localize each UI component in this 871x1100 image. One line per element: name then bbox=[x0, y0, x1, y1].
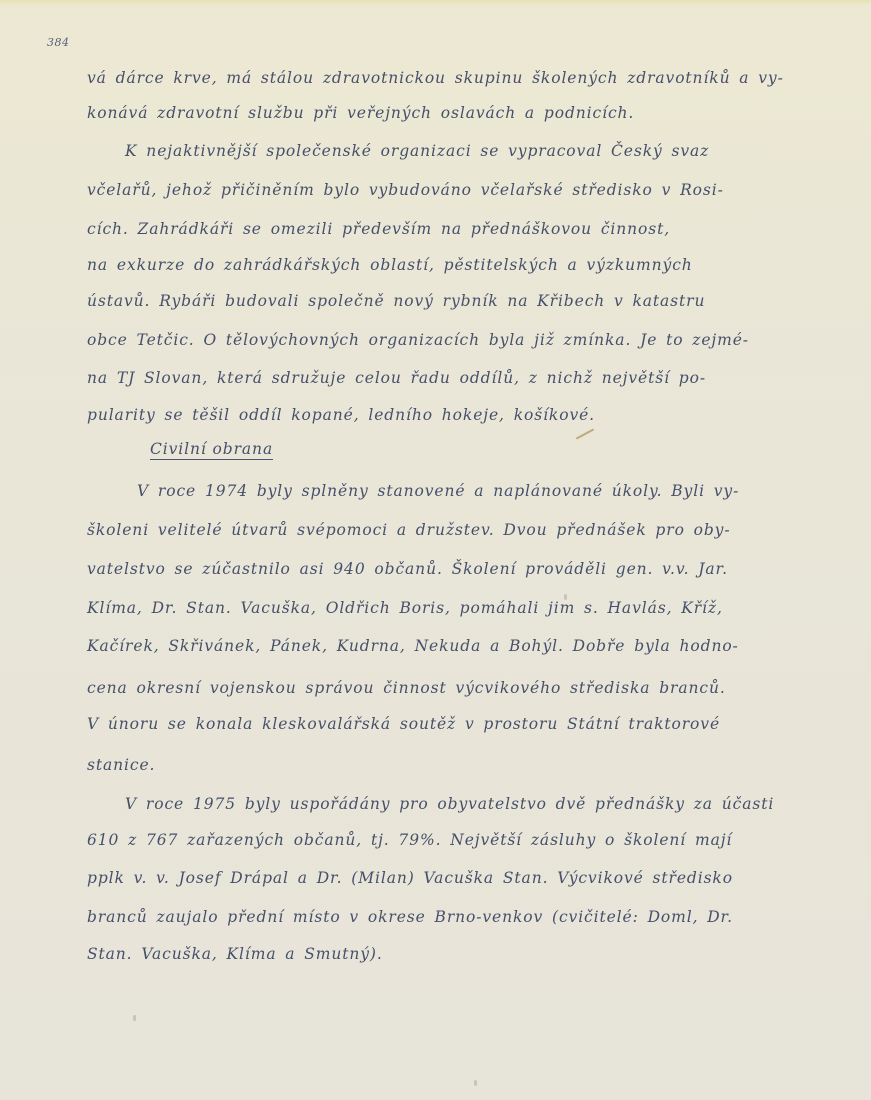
paper-speck bbox=[564, 594, 567, 600]
text-line: V únoru se konala kleskovalářská soutěž … bbox=[87, 715, 720, 733]
text-line: na exkurze do zahrádkářských oblastí, pě… bbox=[87, 256, 693, 274]
pencil-mark bbox=[576, 428, 595, 439]
text-line: vatelstvo se zúčastnilo asi 940 občanů. … bbox=[87, 560, 728, 578]
text-line: na TJ Slovan, která sdružuje celou řadu … bbox=[87, 369, 706, 387]
text-line: cena okresní vojenskou správou činnost v… bbox=[87, 679, 726, 697]
text-line: školeni velitelé útvarů svépomoci a druž… bbox=[87, 521, 730, 539]
text-line: včelařů, jehož přičiněním bylo vybudován… bbox=[87, 181, 724, 199]
text-line: V roce 1975 byly uspořádány pro obyvatel… bbox=[125, 795, 774, 813]
text-line: pularity se těšil oddíl kopané, ledního … bbox=[87, 406, 595, 424]
text-line: Kačírek, Skřivánek, Pánek, Kudrna, Nekud… bbox=[87, 637, 739, 655]
text-line: obce Tetčic. O tělovýchovných organizací… bbox=[87, 331, 749, 349]
text-line: vá dárce krve, má stálou zdravotnickou s… bbox=[87, 69, 784, 87]
paper-speck bbox=[474, 1080, 477, 1086]
text-line: Klíma, Dr. Stan. Vacuška, Oldřich Boris,… bbox=[87, 599, 723, 617]
text-line: cích. Zahrádkáři se omezili především na… bbox=[87, 220, 670, 238]
text-line: konává zdravotní službu při veřejných os… bbox=[87, 104, 634, 122]
manuscript-page: 384 vá dárce krve, má stálou zdravotnick… bbox=[0, 0, 871, 1100]
text-line: stanice. bbox=[87, 756, 155, 774]
text-line: branců zaujalo přední místo v okrese Brn… bbox=[87, 908, 733, 926]
section-heading: Civilní obrana bbox=[150, 440, 273, 460]
text-line: Stan. Vacuška, Klíma a Smutný). bbox=[87, 945, 383, 963]
text-line: V roce 1974 byly splněny stanovené a nap… bbox=[137, 482, 739, 500]
page-number: 384 bbox=[47, 36, 70, 49]
text-line: 610 z 767 zařazených občanů, tj. 79%. Ne… bbox=[87, 831, 732, 849]
paper-speck bbox=[133, 1015, 136, 1021]
text-line: pplk v. v. Josef Drápal a Dr. (Milan) Va… bbox=[87, 869, 733, 887]
text-line: ústavů. Rybáři budovali společně nový ry… bbox=[87, 292, 705, 310]
text-line: K nejaktivnější společenské organizaci s… bbox=[125, 142, 709, 160]
